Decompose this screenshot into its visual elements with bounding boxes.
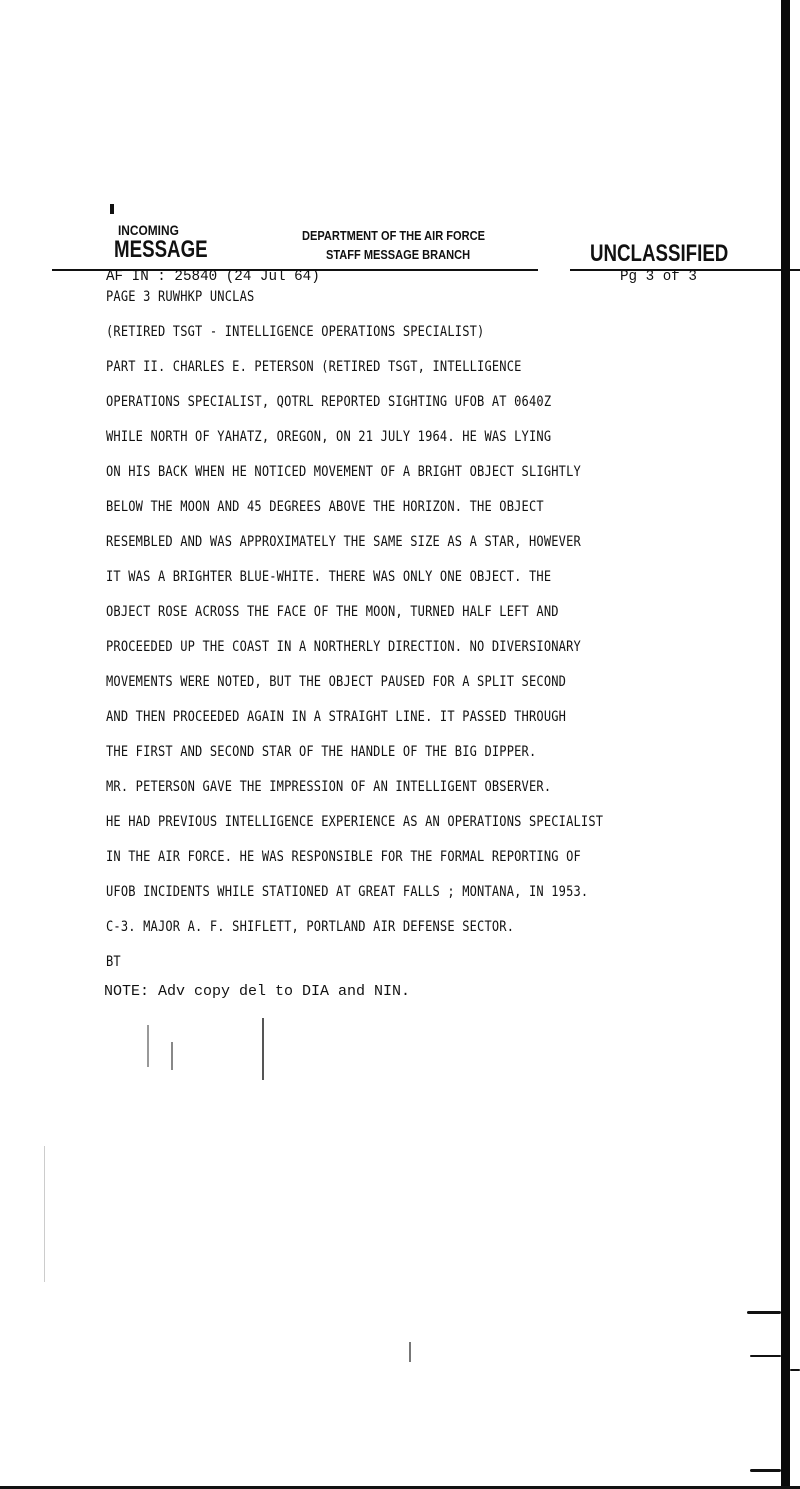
body-line: HE HAD PREVIOUS INTELLIGENCE EXPERIENCE … [106, 814, 603, 830]
branch-title: STAFF MESSAGE BRANCH [326, 247, 470, 262]
scan-speck [409, 1342, 411, 1362]
body-line: ON HIS BACK WHEN HE NOTICED MOVEMENT OF … [106, 464, 581, 480]
edge-tick [790, 1369, 800, 1371]
distribution-note: NOTE: Adv copy del to DIA and NIN. [104, 983, 410, 1000]
body-line: WHILE NORTH OF YAHATZ, OREGON, ON 21 JUL… [106, 429, 551, 445]
body-line: OBJECT ROSE ACROSS THE FACE OF THE MOON,… [106, 604, 559, 620]
edge-tick [747, 1311, 781, 1314]
body-line: C-3. MAJOR A. F. SHIFLETT, PORTLAND AIR … [106, 919, 514, 935]
scan-speck [44, 1146, 45, 1282]
body-line: OPERATIONS SPECIALIST, QOTRL REPORTED SI… [106, 394, 551, 410]
page-of-indicator: Pg 3 of 3 [620, 268, 697, 285]
body-line: PAGE 3 RUWHKP UNCLAS [106, 289, 254, 305]
scan-mark [110, 204, 114, 214]
page-edge-bar [781, 0, 790, 1489]
body-line: BELOW THE MOON AND 45 DEGREES ABOVE THE … [106, 499, 544, 515]
message-label: MESSAGE [114, 236, 208, 264]
edge-tick [750, 1469, 781, 1472]
body-line: (RETIRED TSGT - INTELLIGENCE OPERATIONS … [106, 324, 484, 340]
body-line: PART II. CHARLES E. PETERSON (RETIRED TS… [106, 359, 522, 375]
scan-speck [171, 1042, 173, 1070]
body-line: MR. PETERSON GAVE THE IMPRESSION OF AN I… [106, 779, 551, 795]
body-line: PROCEEDED UP THE COAST IN A NORTHERLY DI… [106, 639, 581, 655]
department-title: DEPARTMENT OF THE AIR FORCE [302, 228, 485, 243]
body-line: UFOB INCIDENTS WHILE STATIONED AT GREAT … [106, 884, 588, 900]
body-line: IN THE AIR FORCE. HE WAS RESPONSIBLE FOR… [106, 849, 581, 865]
scan-speck [147, 1025, 149, 1067]
body-line: THE FIRST AND SECOND STAR OF THE HANDLE … [106, 744, 536, 760]
classification-label: UNCLASSIFIED [590, 240, 728, 268]
af-in-reference: AF IN : 25840 (24 Jul 64) [106, 268, 320, 285]
body-line: MOVEMENTS WERE NOTED, BUT THE OBJECT PAU… [106, 674, 566, 690]
edge-tick [750, 1355, 781, 1357]
body-line: AND THEN PROCEEDED AGAIN IN A STRAIGHT L… [106, 709, 566, 725]
scan-speck [262, 1018, 264, 1080]
body-line: IT WAS A BRIGHTER BLUE-WHITE. THERE WAS … [106, 569, 551, 585]
body-line: BT [106, 954, 121, 970]
body-line: RESEMBLED AND WAS APPROXIMATELY THE SAME… [106, 534, 581, 550]
